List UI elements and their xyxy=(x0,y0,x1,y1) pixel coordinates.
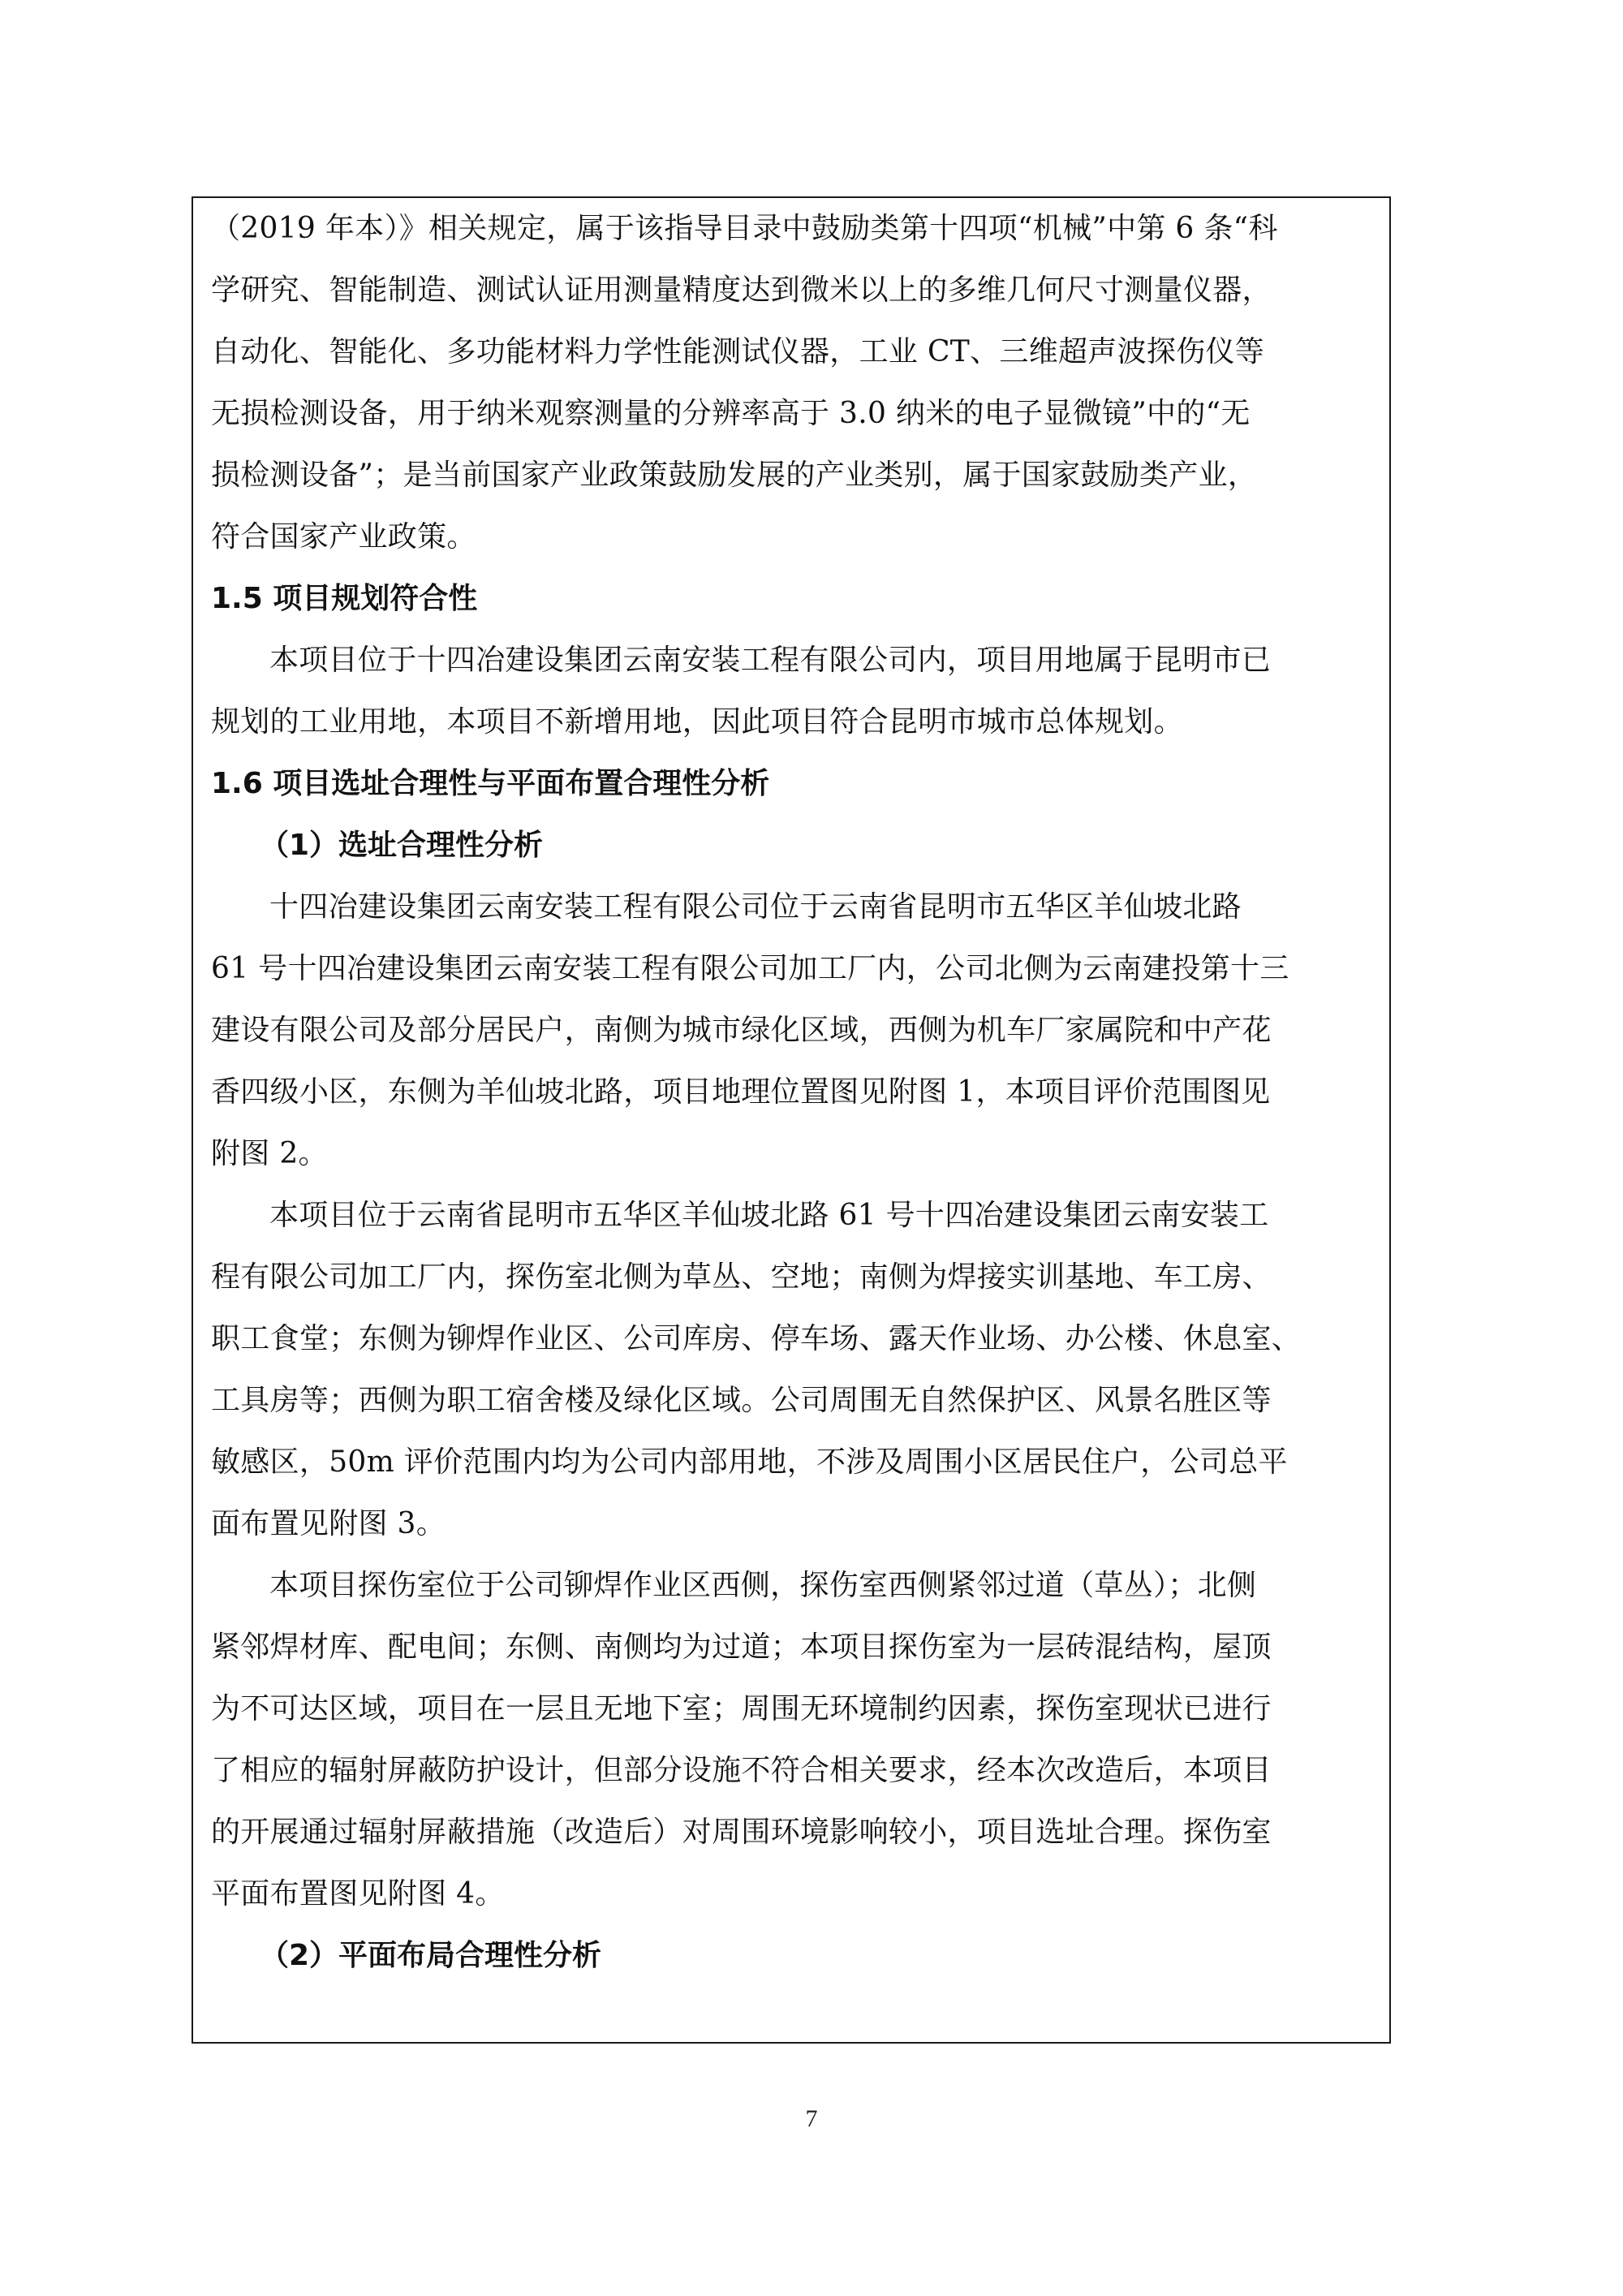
text-line: 职工食堂；东侧为铆焊作业区、公司库房、停车场、露天作业场、办公楼、休息室、 xyxy=(211,1308,1371,1370)
document-body: （2019 年本）》相关规定，属于该指导目录中鼓励类第十四项“机械”中第 6 条… xyxy=(211,198,1371,1987)
text-line: 无损检测设备，用于纳米观察测量的分辨率高于 3.0 纳米的电子显微镜”中的“无 xyxy=(211,383,1371,445)
text-line: 本项目探伤室位于公司铆焊作业区西侧，探伤室西侧紧邻过道（草丛）；北侧 xyxy=(211,1555,1371,1617)
text-line: 为不可达区域，项目在一层且无地下室；周围无环境制约因素，探伤室现状已进行 xyxy=(211,1678,1371,1740)
text-line: 61 号十四冶建设集团云南安装工程有限公司加工厂内，公司北侧为云南建投第十三 xyxy=(211,938,1371,1000)
text-line: 学研究、智能制造、测试认证用测量精度达到微米以上的多维几何尺寸测量仪器， xyxy=(211,260,1371,321)
text-line: 十四冶建设集团云南安装工程有限公司位于云南省昆明市五华区羊仙坡北路 xyxy=(211,877,1371,938)
text-line: 规划的工业用地，本项目不新增用地，因此项目符合昆明市城市总体规划。 xyxy=(211,691,1371,753)
subheading-layout-analysis: （2）平面布局合理性分析 xyxy=(211,1925,1371,1987)
section-heading-1-5: 1.5 项目规划符合性 xyxy=(211,568,1371,630)
document-table-cell: （2019 年本）》相关规定，属于该指导目录中鼓励类第十四项“机械”中第 6 条… xyxy=(192,196,1391,2044)
text-line: 本项目位于十四冶建设集团云南安装工程有限公司内，项目用地属于昆明市已 xyxy=(211,630,1371,691)
text-line: 附图 2。 xyxy=(211,1123,1371,1185)
text-line: 损检测设备”；是当前国家产业政策鼓励发展的产业类别，属于国家鼓励类产业， xyxy=(211,445,1371,506)
text-line: 紧邻焊材库、配电间；东侧、南侧均为过道；本项目探伤室为一层砖混结构，屋顶 xyxy=(211,1617,1371,1678)
text-line: 香四级小区，东侧为羊仙坡北路，项目地理位置图见附图 1，本项目评价范围图见 xyxy=(211,1062,1371,1123)
text-line: 工具房等；西侧为职工宿舍楼及绿化区域。公司周围无自然保护区、风景名胜区等 xyxy=(211,1370,1371,1432)
section-heading-1-6: 1.6 项目选址合理性与平面布置合理性分析 xyxy=(211,753,1371,815)
text-line: 建设有限公司及部分居民户，南侧为城市绿化区域，西侧为机车厂家属院和中产花 xyxy=(211,1000,1371,1062)
subheading-site-selection: （1）选址合理性分析 xyxy=(211,815,1371,877)
text-line: 面布置见附图 3。 xyxy=(211,1493,1371,1555)
text-line: 自动化、智能化、多功能材料力学性能测试仪器，工业 CT、三维超声波探伤仪等 xyxy=(211,321,1371,383)
text-line: 的开展通过辐射屏蔽措施（改造后）对周围环境影响较小，项目选址合理。探伤室 xyxy=(211,1802,1371,1863)
page-number: 7 xyxy=(0,2105,1623,2133)
text-line: 了相应的辐射屏蔽防护设计，但部分设施不符合相关要求，经本次改造后，本项目 xyxy=(211,1740,1371,1802)
text-line: （2019 年本）》相关规定，属于该指导目录中鼓励类第十四项“机械”中第 6 条… xyxy=(211,198,1371,260)
text-line: 程有限公司加工厂内，探伤室北侧为草丛、空地；南侧为焊接实训基地、车工房、 xyxy=(211,1247,1371,1308)
text-line: 本项目位于云南省昆明市五华区羊仙坡北路 61 号十四冶建设集团云南安装工 xyxy=(211,1185,1371,1247)
text-line: 敏感区，50m 评价范围内均为公司内部用地，不涉及周围小区居民住户，公司总平 xyxy=(211,1432,1371,1493)
text-line: 符合国家产业政策。 xyxy=(211,506,1371,568)
text-line: 平面布置图见附图 4。 xyxy=(211,1863,1371,1925)
